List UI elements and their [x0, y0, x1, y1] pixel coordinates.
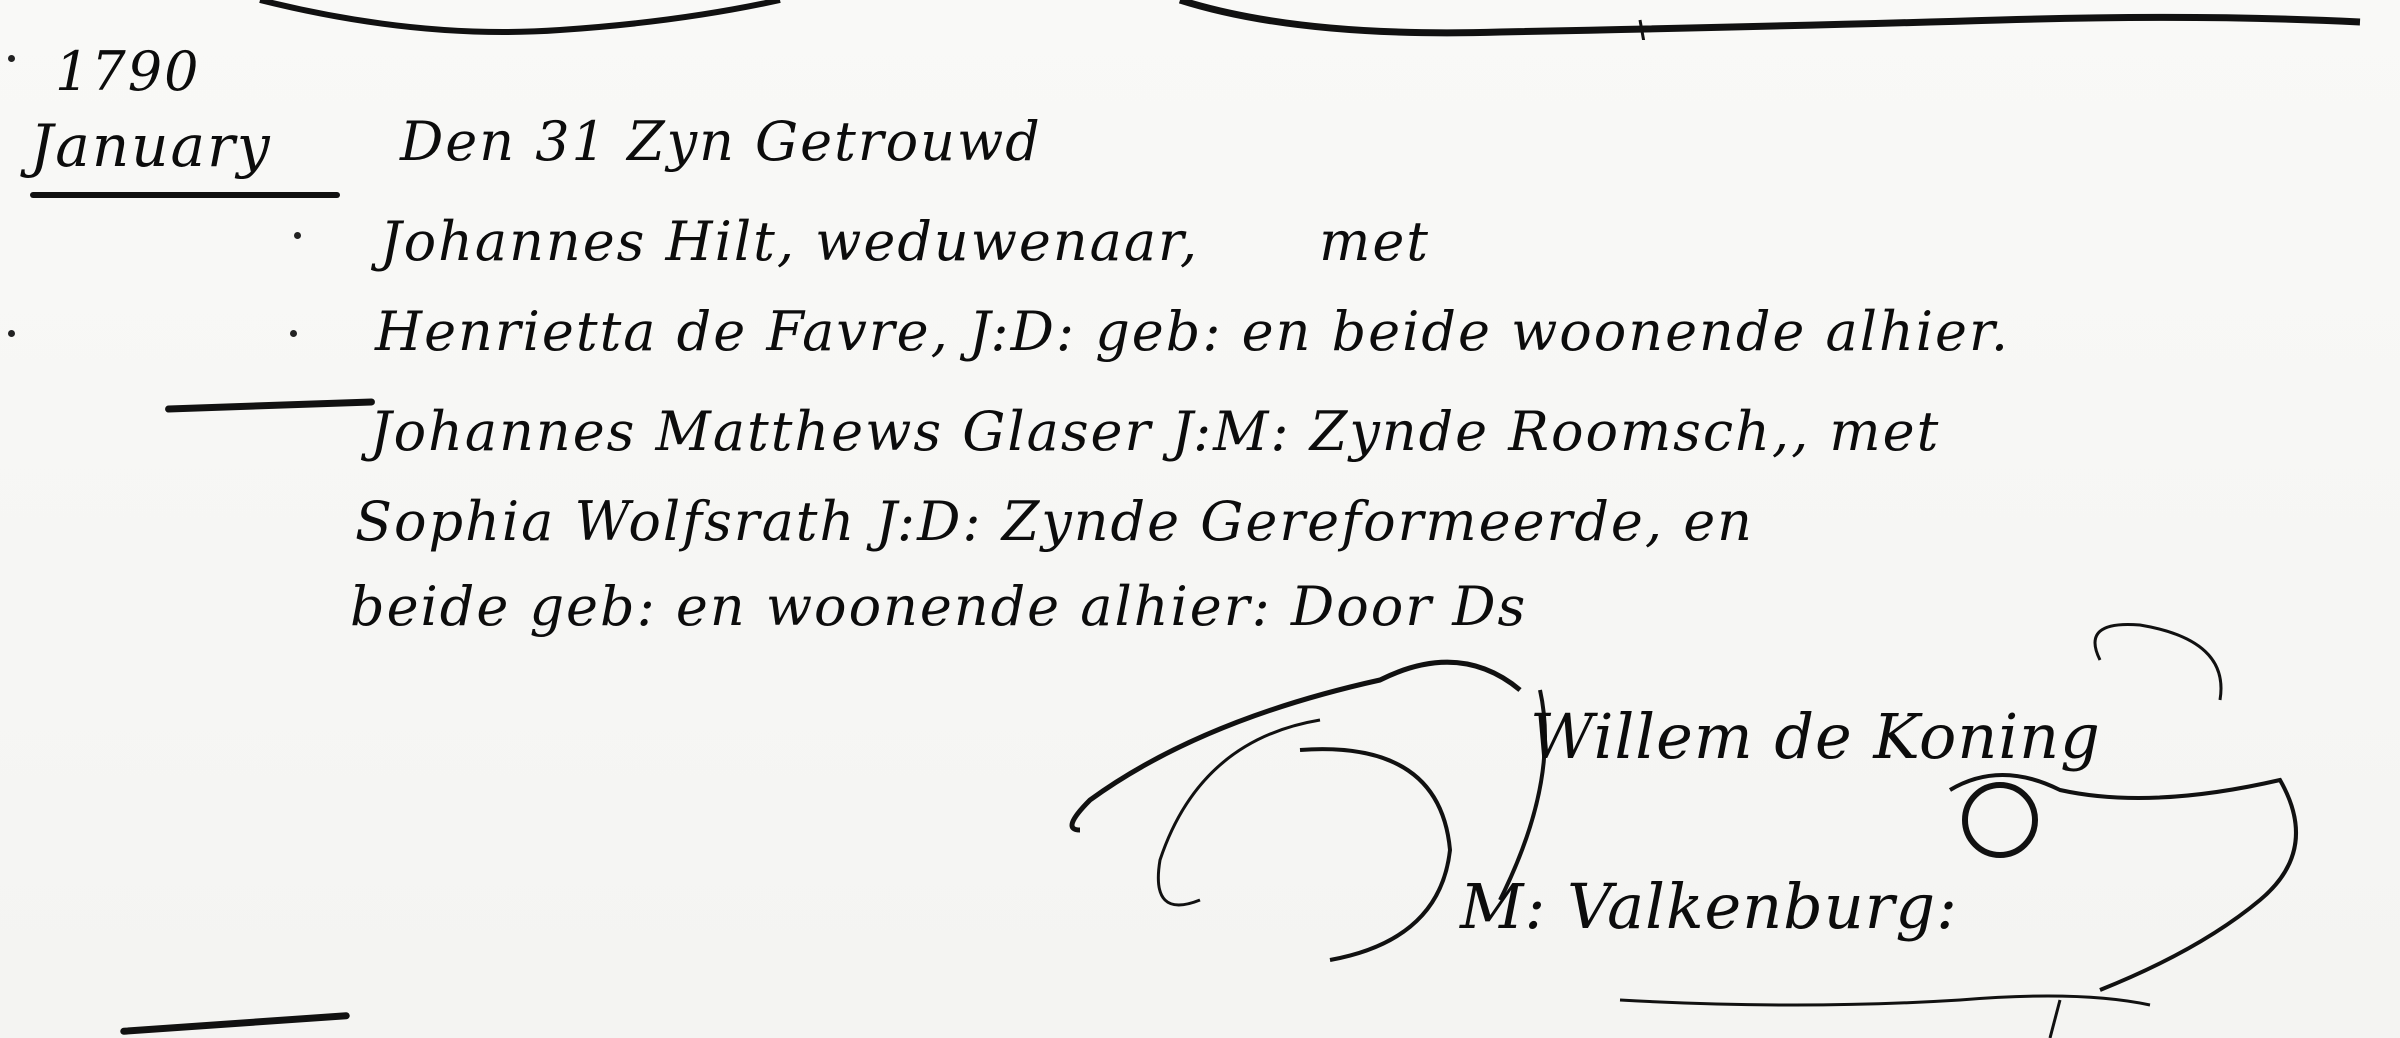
entry-line-4: Johannes Matthews Glaser J:M: Zynde Room…	[370, 400, 1940, 463]
document-page: 1790 January Den 31 Zyn Getrouwd Johanne…	[0, 0, 2400, 1038]
entry-line-5: Sophia Wolfsrath J:D: Zynde Gereformeerd…	[355, 490, 1754, 553]
signature-willem-de-koning: Willem de Koning	[1530, 700, 2101, 773]
margin-dash	[165, 398, 375, 412]
entry-line-2-met: met	[1319, 210, 1430, 273]
margin-year: 1790	[55, 40, 200, 103]
margin-dash	[120, 1012, 350, 1035]
entry-line-1: Den 31 Zyn Getrouwd	[400, 110, 1042, 173]
margin-dot	[8, 55, 15, 62]
margin-dot	[290, 330, 297, 337]
top-border-rule	[0, 0, 2400, 40]
entry-line-2-text: Johannes Hilt, weduwenaar,	[380, 210, 1199, 273]
month-underline	[30, 192, 340, 198]
margin-dot	[294, 232, 301, 239]
entry-line-3: Henrietta de Favre, J:D: geb: en beide w…	[375, 300, 2010, 363]
entry-line-2: Johannes Hilt, weduwenaar,met	[380, 210, 1430, 273]
entry-line-6: beide geb: en woonende alhier: Door Ds	[350, 575, 1527, 638]
signature-valkenburg: M: Valkenburg:	[1460, 870, 1958, 943]
margin-dot	[8, 330, 15, 337]
margin-month: January	[30, 112, 272, 180]
